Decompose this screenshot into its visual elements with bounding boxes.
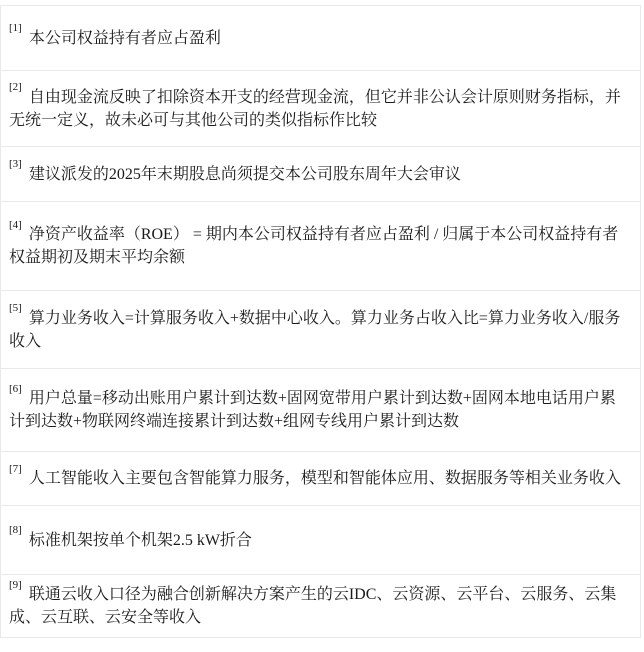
footnote-body: 自由现金流反映了扣除资本开支的经营现金流，但它并非公认会计原则财务指标，并无统一… — [9, 89, 621, 129]
footnote-text: [4]净资产收益率（ROE） = 期内本公司权益持有者应占盈利 / 归属于本公司… — [9, 223, 628, 269]
footnote-body: 本公司权益持有者应占盈利 — [29, 30, 221, 47]
footnote-row: [8]标准机架按单个机架2.5 kW折合 — [1, 505, 640, 574]
footnote-body: 标准机架按单个机架2.5 kW折合 — [29, 532, 252, 549]
footnote-row: [5]算力业务收入=计算服务收入+数据中心收入。算力业务占收入比=算力业务收入/… — [1, 290, 640, 368]
footnote-text: [8]标准机架按单个机架2.5 kW折合 — [9, 529, 252, 552]
footnote-text: [1]本公司权益持有者应占盈利 — [9, 27, 221, 50]
footnote-text: [2]自由现金流反映了扣除资本开支的经营现金流，但它并非公认会计原则财务指标，并… — [9, 86, 628, 132]
footnote-row: [7]人工智能收入主要包含智能算力服务，模型和智能体应用、数据服务等相关业务收入 — [1, 451, 640, 505]
footnote-row: [2]自由现金流反映了扣除资本开支的经营现金流，但它并非公认会计原则财务指标，并… — [1, 70, 640, 146]
footnotes-panel: [1]本公司权益持有者应占盈利 [2]自由现金流反映了扣除资本开支的经营现金流，… — [0, 5, 641, 638]
footnote-body: 建议派发的2025年末期股息尚须提交本公司股东周年大会审议 — [29, 166, 461, 183]
footnote-text: [6]用户总量=移动出账用户累计到达数+固网宽带用户累计到达数+固网本地电话用户… — [9, 387, 628, 433]
footnote-text: [7]人工智能收入主要包含智能算力服务，模型和智能体应用、数据服务等相关业务收入 — [9, 467, 621, 490]
footnote-body: 联通云收入口径为融合创新解决方案产生的云IDC、云资源、云平台、云服务、云集成、… — [9, 586, 616, 626]
footnote-row: [3]建议派发的2025年末期股息尚须提交本公司股东周年大会审议 — [1, 146, 640, 201]
footnote-text: [3]建议派发的2025年末期股息尚须提交本公司股东周年大会审议 — [9, 163, 461, 186]
footnote-body: 用户总量=移动出账用户累计到达数+固网宽带用户累计到达数+固网本地电话用户累计到… — [9, 390, 616, 430]
footnote-row: [1]本公司权益持有者应占盈利 — [1, 6, 640, 70]
footnote-text: [9]联通云收入口径为融合创新解决方案产生的云IDC、云资源、云平台、云服务、云… — [9, 583, 628, 629]
footnote-text: [5]算力业务收入=计算服务收入+数据中心收入。算力业务占收入比=算力业务收入/… — [9, 307, 628, 353]
footnote-row: [9]联通云收入口径为融合创新解决方案产生的云IDC、云资源、云平台、云服务、云… — [1, 574, 640, 637]
footnote-body: 算力业务收入=计算服务收入+数据中心收入。算力业务占收入比=算力业务收入/服务收… — [9, 310, 620, 350]
footnote-row: [4]净资产收益率（ROE） = 期内本公司权益持有者应占盈利 / 归属于本公司… — [1, 201, 640, 290]
footnote-body: 人工智能收入主要包含智能算力服务，模型和智能体应用、数据服务等相关业务收入 — [29, 470, 621, 487]
footnote-body: 净资产收益率（ROE） = 期内本公司权益持有者应占盈利 / 归属于本公司权益持… — [9, 226, 618, 266]
footnote-row: [6]用户总量=移动出账用户累计到达数+固网宽带用户累计到达数+固网本地电话用户… — [1, 368, 640, 451]
